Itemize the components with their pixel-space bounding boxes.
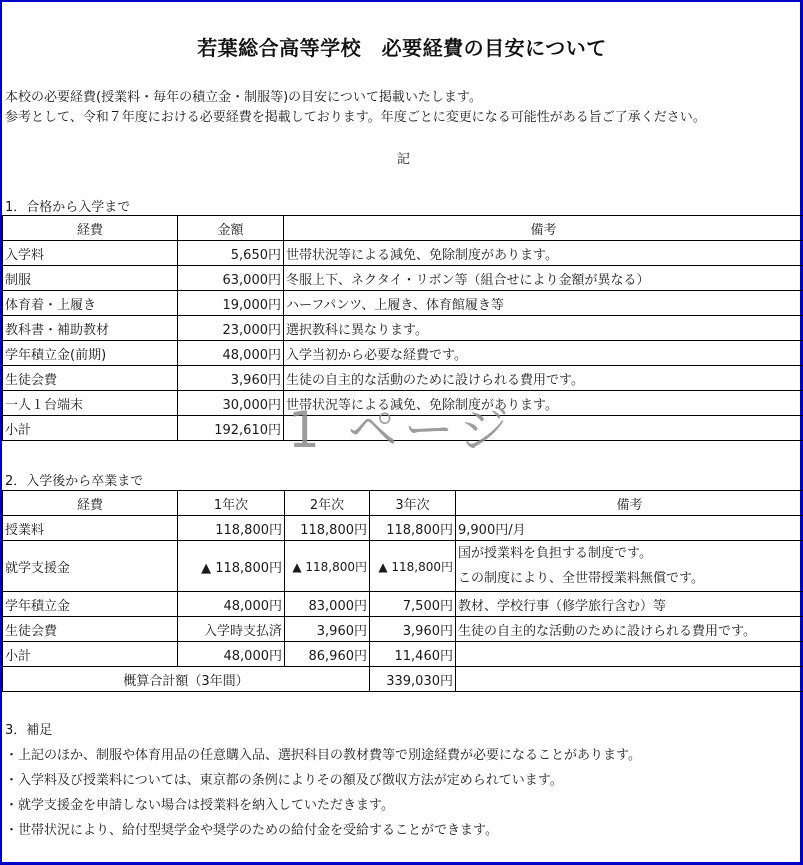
header-item: 経費 (3, 216, 178, 241)
year1-cell: 入学時支払済 (178, 617, 285, 642)
item-cell: 就学支援金 (3, 541, 178, 592)
document-page: 若葉総合高等学校 必要経費の目安について 本校の必要経費(授業料・毎年の積立金・… (0, 0, 803, 865)
year2-cell: 83,000円 (285, 592, 370, 617)
year2-cell: 86,960円 (285, 642, 370, 667)
note-cell: ハーフパンツ、上履き、体育館履き等 (284, 291, 803, 316)
table-row: 就学支援金 ▲ 118,800円 ▲ 118,800円 ▲ 118,800円 国… (3, 541, 803, 592)
header-year3: 3年次 (370, 491, 456, 516)
note-cell: 国が授業料を負担する制度です。 この制度により、全世帯授業料無償です。 (456, 541, 803, 592)
note-cell: 選択教科に異なります。 (284, 316, 803, 341)
table-row: 教科書・補助教材 23,000円 選択教科に異なります。 (3, 316, 803, 341)
note-cell: 生徒の自主的な活動のために設けられる費用です。 (456, 617, 803, 642)
note-cell: 世帯状況等による減免、免除制度があります。 (284, 241, 803, 266)
year1-cell: 48,000円 (178, 592, 285, 617)
section2-heading: 2．入学後から卒業まで (5, 470, 143, 489)
table-header-row: 経費 金額 備考 (3, 216, 803, 241)
note-cell: 世帯状況等による減免、免除制度があります。 (284, 391, 803, 416)
header-note: 備考 (284, 216, 803, 241)
note-cell (456, 667, 803, 692)
subtotal-row: 小計 192,610円 (3, 416, 803, 441)
item-cell: 生徒会費 (3, 617, 178, 642)
item-cell: 一人１台端末 (3, 391, 178, 416)
table-row: 生徒会費 3,960円 生徒の自主的な活動のために設けられる費用です。 (3, 366, 803, 391)
total-label: 概算合計額（3年間） (3, 667, 370, 692)
section3-heading: 3．補足 (5, 718, 641, 743)
year3-cell: 11,460円 (370, 642, 456, 667)
item-cell: 学年積立金(前期) (3, 341, 178, 366)
header-year1: 1年次 (178, 491, 285, 516)
year2-cell: ▲ 118,800円 (285, 541, 370, 592)
note-cell: 9,900円/月 (456, 516, 803, 541)
total-row: 概算合計額（3年間） 339,030円 (3, 667, 803, 692)
amount-cell: 19,000円 (178, 291, 284, 316)
note-item: ・世帯状況により、給付型奨学金や奨学のための給付金を受給することができます。 (5, 818, 641, 843)
year1-cell: ▲ 118,800円 (178, 541, 285, 592)
table-row: 生徒会費 入学時支払済 3,960円 3,960円 生徒の自主的な活動のために設… (3, 617, 803, 642)
item-cell: 学年積立金 (3, 592, 178, 617)
section2-table: 経費 1年次 2年次 3年次 備考 授業料 118,800円 118,800円 … (2, 490, 803, 692)
table-row: 学年積立金(前期) 48,000円 入学当初から必要な経費です。 (3, 341, 803, 366)
note-cell (456, 642, 803, 667)
amount-cell: 23,000円 (178, 316, 284, 341)
intro-text: 本校の必要経費(授業料・毎年の積立金・制服等)の目安について掲載いたします。 参… (5, 88, 706, 128)
note-item: ・上記のほか、制服や体育用品の任意購入品、選択科目の教材費等で別途経費が必要にな… (5, 743, 641, 768)
year1-cell: 48,000円 (178, 642, 285, 667)
year2-cell: 118,800円 (285, 516, 370, 541)
total-amount: 339,030円 (370, 667, 456, 692)
note-item: ・入学料及び授業料については、東京都の条例によりその額及び徴収方法が定められてい… (5, 768, 641, 793)
year2-cell: 3,960円 (285, 617, 370, 642)
item-cell: 授業料 (3, 516, 178, 541)
subtotal-row: 小計 48,000円 86,960円 11,460円 (3, 642, 803, 667)
page-title: 若葉総合高等学校 必要経費の目安について (2, 32, 802, 61)
table-row: 学年積立金 48,000円 83,000円 7,500円 教材、学校行事（修学旅… (3, 592, 803, 617)
item-cell: 制服 (3, 266, 178, 291)
item-cell: 小計 (3, 642, 178, 667)
table-row: 体育着・上履き 19,000円 ハーフパンツ、上履き、体育館履き等 (3, 291, 803, 316)
year3-cell: 7,500円 (370, 592, 456, 617)
note-line: この制度により、全世帯授業料無償です。 (458, 566, 801, 591)
section1-table: 経費 金額 備考 入学料 5,650円 世帯状況等による減免、免除制度があります… (2, 215, 803, 441)
header-item: 経費 (3, 491, 178, 516)
year1-cell: 118,800円 (178, 516, 285, 541)
note-cell: 冬服上下、ネクタイ・リボン等（組合せにより金額が異なる） (284, 266, 803, 291)
table-row: 入学料 5,650円 世帯状況等による減免、免除制度があります。 (3, 241, 803, 266)
table-header-row: 経費 1年次 2年次 3年次 備考 (3, 491, 803, 516)
amount-cell: 192,610円 (178, 416, 284, 441)
note-cell: 教材、学校行事（修学旅行含む）等 (456, 592, 803, 617)
item-cell: 教科書・補助教材 (3, 316, 178, 341)
table-row: 制服 63,000円 冬服上下、ネクタイ・リボン等（組合せにより金額が異なる） (3, 266, 803, 291)
header-year2: 2年次 (285, 491, 370, 516)
item-cell: 入学料 (3, 241, 178, 266)
note-item: ・就学支援金を申請しない場合は授業料を納入していただきます。 (5, 793, 641, 818)
item-cell: 小計 (3, 416, 178, 441)
item-cell: 生徒会費 (3, 366, 178, 391)
supplementary-notes: 3．補足 ・上記のほか、制服や体育用品の任意購入品、選択科目の教材費等で別途経費… (5, 718, 641, 843)
header-amount: 金額 (178, 216, 284, 241)
note-cell: 生徒の自主的な活動のために設けられる費用です。 (284, 366, 803, 391)
ki-marker: 記 (2, 148, 803, 167)
item-cell: 体育着・上履き (3, 291, 178, 316)
note-line: 国が授業料を負担する制度です。 (458, 541, 801, 566)
amount-cell: 30,000円 (178, 391, 284, 416)
amount-cell: 5,650円 (178, 241, 284, 266)
year3-cell: ▲ 118,800円 (370, 541, 456, 592)
year3-cell: 3,960円 (370, 617, 456, 642)
intro-line: 参考として、令和７年度における必要経費を掲載しております。年度ごとに変更になる可… (5, 108, 706, 128)
amount-cell: 63,000円 (178, 266, 284, 291)
section1-heading: 1．合格から入学まで (5, 196, 130, 215)
note-cell: 入学当初から必要な経費です。 (284, 341, 803, 366)
table-row: 授業料 118,800円 118,800円 118,800円 9,900円/月 (3, 516, 803, 541)
note-cell (284, 416, 803, 441)
header-note: 備考 (456, 491, 803, 516)
table-row: 一人１台端末 30,000円 世帯状況等による減免、免除制度があります。 (3, 391, 803, 416)
amount-cell: 3,960円 (178, 366, 284, 391)
year3-cell: 118,800円 (370, 516, 456, 541)
intro-line: 本校の必要経費(授業料・毎年の積立金・制服等)の目安について掲載いたします。 (5, 88, 706, 108)
amount-cell: 48,000円 (178, 341, 284, 366)
